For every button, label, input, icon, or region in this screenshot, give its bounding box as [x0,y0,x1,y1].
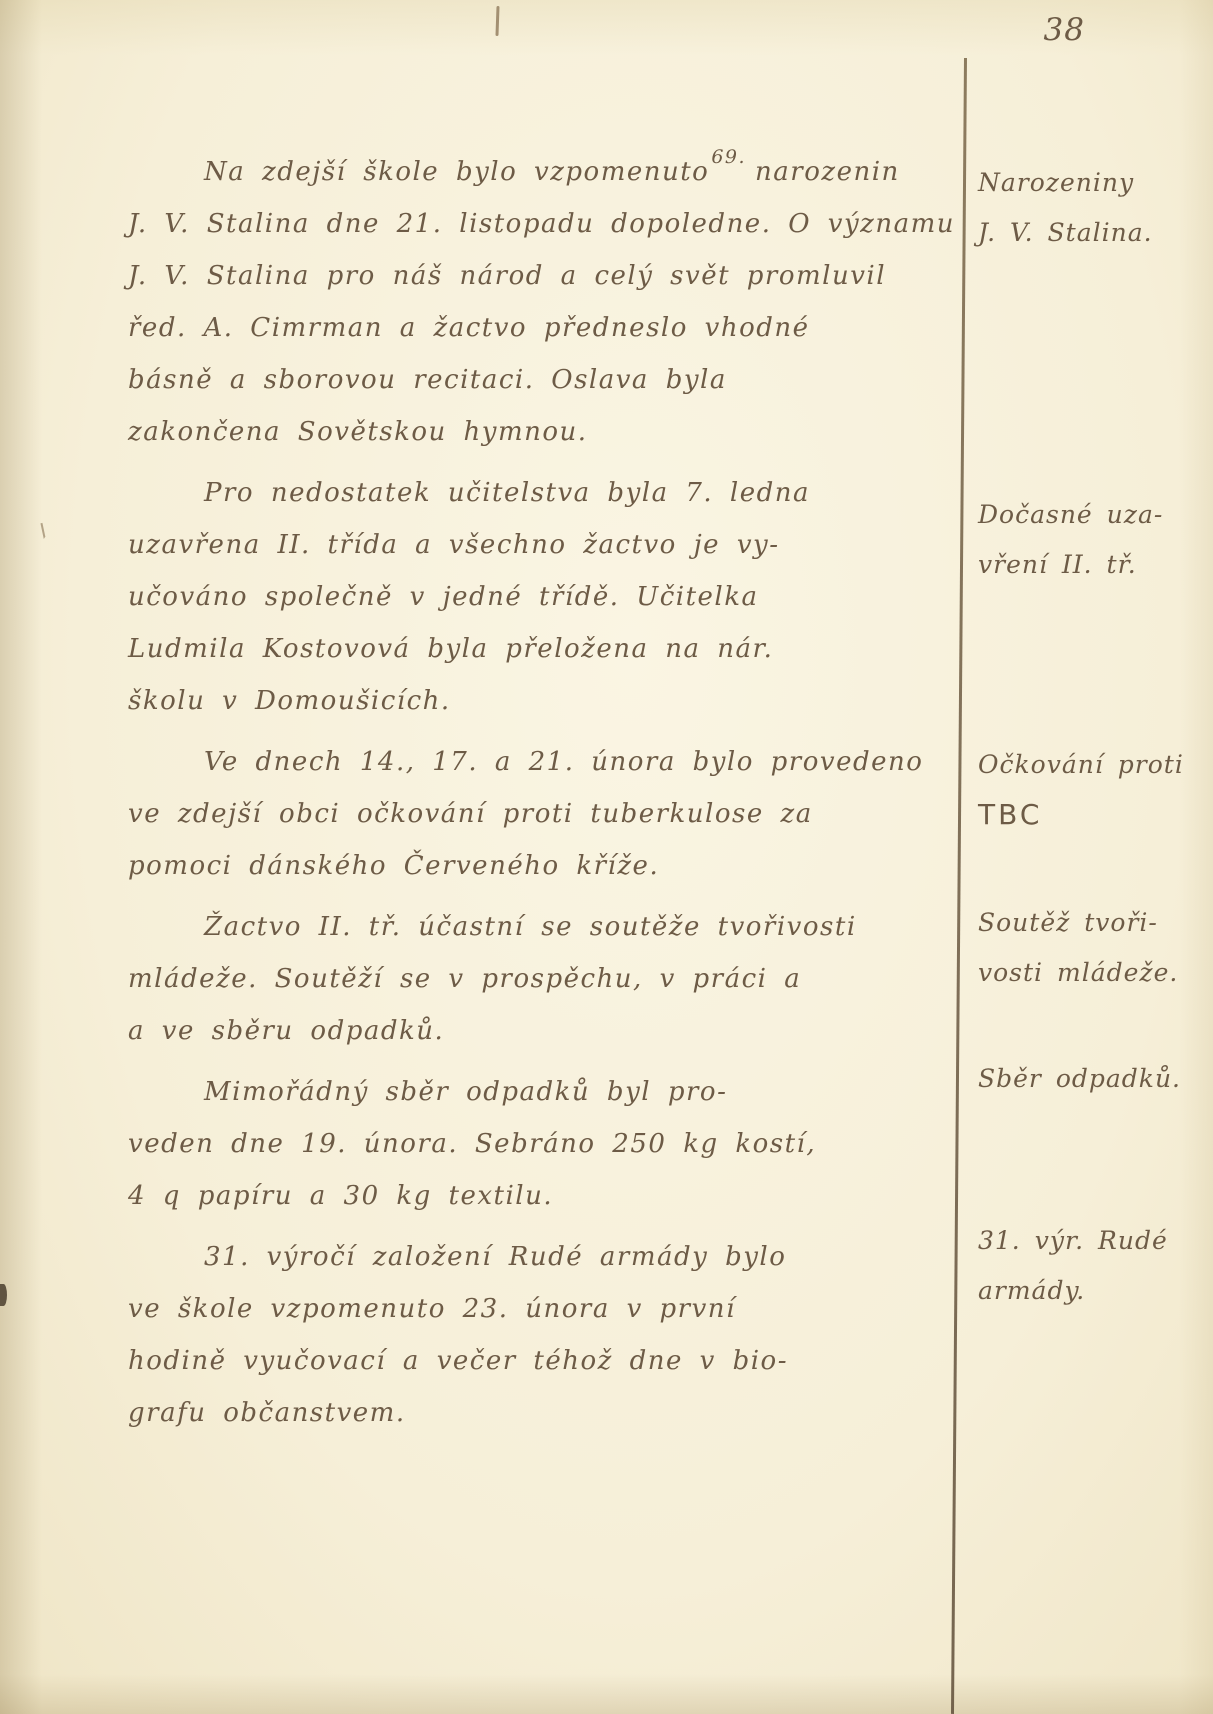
paragraph-tbc-vaccination: Ve dnech 14., 17. a 21. února bylo prove… [128,736,960,892]
margin-note: 31. výr. Rudé armády. [978,1216,1210,1316]
margin-note-line: Sběr odpadků. [978,1054,1210,1104]
margin-note: Sběr odpadků. [978,1054,1210,1104]
text-line: ve zdejší obci očkování proti tuberkulos… [128,788,960,840]
text-line: 31. výročí založení Rudé armády bylo [128,1231,960,1283]
chronicle-page: 38 Na zdejší škole bylo vzpomenuto69.nar… [0,0,1213,1714]
text-line: a ve sběru odpadků. [128,1005,960,1057]
text-line: grafu občanstvem. [128,1387,960,1439]
text-line: Pro nedostatek učitelstva byla 7. ledna [128,467,960,519]
margin-note-line: TBC [978,790,1210,840]
paragraph-red-army-anniversary: 31. výročí založení Rudé armády bylo ve … [128,1231,960,1439]
body-text-column: Na zdejší škole bylo vzpomenuto69.naroze… [128,146,960,1448]
margin-note-line: vření II. tř. [978,540,1210,590]
text-line: Na zdejší škole bylo vzpomenuto69.naroze… [128,146,960,198]
text-line: 4 q papíru a 30 kg textilu. [128,1170,960,1222]
margin-note-line: Soutěž tvoři- [978,898,1210,948]
text-line: J. V. Stalina dne 21. listopadu dopoledn… [128,198,960,250]
text-line: J. V. Stalina pro náš národ a celý svět … [128,250,960,302]
text-line: ve škole vzpomenuto 23. února v první [128,1283,960,1335]
text-line: Ve dnech 14., 17. a 21. února bylo prove… [128,736,960,788]
text-line: učováno společně v jedné třídě. Učitelka [128,571,960,623]
paragraph-waste-collection: Mimořádný sběr odpadků byl pro- veden dn… [128,1066,960,1222]
margin-note-line: 31. výr. Rudé [978,1216,1210,1266]
margin-note-line: Očkování proti [978,740,1210,790]
text-line: pomoci dánského Červeného kříže. [128,840,960,892]
text-line: hodině vyučovací a večer téhož dne v bio… [128,1335,960,1387]
text-line: řed. A. Cimrman a žactvo předneslo vhodn… [128,302,960,354]
text-segment: Na zdejší škole bylo vzpomenuto [204,157,709,187]
margin-note-line: armády. [978,1266,1210,1316]
text-line: školu v Domoušicích. [128,675,960,727]
text-line: Ludmila Kostovová byla přeložena na nár. [128,623,960,675]
page-number: 38 [1044,12,1085,48]
stray-pen-mark [495,6,499,36]
margin-note-line: J. V. Stalina. [978,208,1210,258]
margin-note-line: Dočasné uza- [978,490,1210,540]
text-line: mládeže. Soutěží se v prospěchu, v práci… [128,953,960,1005]
margin-note: Dočasné uza- vření II. tř. [978,490,1210,590]
text-segment: narozenin [755,157,900,187]
text-line: básně a sborovou recitaci. Oslava byla [128,354,960,406]
paragraph-youth-competition: Žactvo II. tř. účastní se soutěže tvořiv… [128,901,960,1057]
text-line: Žactvo II. tř. účastní se soutěže tvořiv… [128,901,960,953]
text-line: veden dne 19. února. Sebráno 250 kg kost… [128,1118,960,1170]
margin-note: Soutěž tvoři- vosti mládeže. [978,898,1210,998]
margin-note: Narozeniny J. V. Stalina. [978,158,1210,258]
stray-pen-mark [40,521,54,539]
text-line: uzavřena II. třída a všechno žactvo je v… [128,519,960,571]
margin-note-line: vosti mládeže. [978,948,1210,998]
paragraph-stalin-birthday: Na zdejší škole bylo vzpomenuto69.naroze… [128,146,960,458]
margin-note-line: Narozeniny [978,158,1210,208]
text-line: zakončena Sovětskou hymnou. [128,406,960,458]
ink-spot [0,1284,7,1306]
margin-note: Očkování proti TBC [978,740,1210,840]
paragraph-class-closure: Pro nedostatek učitelstva byla 7. ledna … [128,467,960,727]
text-line: Mimořádný sběr odpadků byl pro- [128,1066,960,1118]
